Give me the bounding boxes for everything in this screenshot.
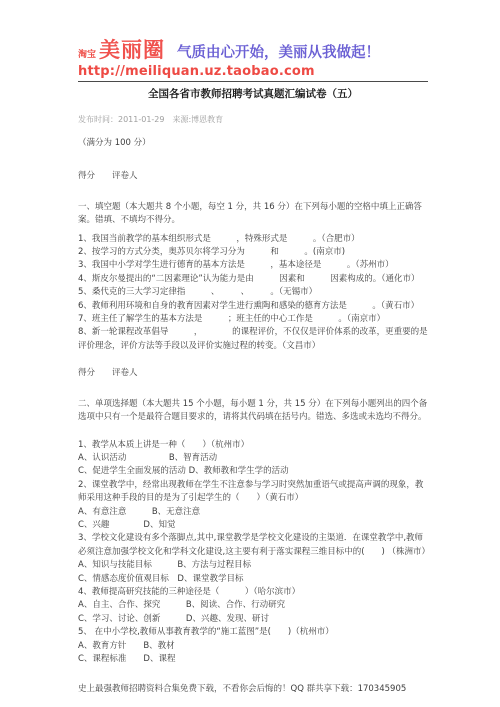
mc-question-4-stem: 4、教师提高研究技能的三种途径是（ ）（哈尔滨市） (78, 586, 428, 599)
mc-question-2-options-cd: C、兴趣 D、知觉 (78, 519, 428, 532)
fill-item-8: 8、新一轮课程改革倡导 ， 的课程评价，不仅仅是评价体系的改革，更重要的是评价理… (78, 326, 428, 353)
section1-items: 1、我国当前教学的基本组织形式是 ，特殊形式是 。（合肥市） 2、按学习的方式分… (78, 233, 428, 354)
taobao-label: 淘宝 (78, 47, 96, 60)
page-title: 全国各省市教师招聘考试真题汇编试卷（五） (78, 87, 428, 101)
exam-body: （满分为 100 分） 得分 评卷人 一、填空题（本大题共 8 个小题，每空 1… (78, 137, 428, 696)
section1-heading: 一、填空题（本大题共 8 个小题，每空 1 分，共 16 分）在下列每小题的空格… (78, 201, 428, 228)
mc-question-2-options-ab: A、有意注意 B、无意注意 (78, 506, 428, 519)
mc-question-3-stem: 3、学校文化建设有多个落脚点,其中,课堂教学是学校文化建设的主渠道．在课堂教学中… (78, 532, 428, 559)
site-url-link[interactable]: http://meiliquan.uz.taobao.com (78, 65, 428, 79)
score-row-1: 得分 评卷人 (78, 170, 428, 183)
mc-question-3-options-ab: A、知识与技能目标 B、方法与过程目标 (78, 559, 428, 572)
section2-heading: 二、单项选择题（本大题共 15 个小题，每小题 1 分，共 15 分）在下列每小… (78, 398, 428, 425)
mc-question-5-options-cd: C、课程标准 D、课程 (78, 653, 428, 666)
mc-question-1-options-ab: A、认识活动 B、智育活动 (78, 452, 428, 465)
mc-question-3-options-cd: C、情感态度价值观目标 D、课堂教学目标 (78, 573, 428, 586)
mc-question-2-stem: 2、课堂教学中，经常出现教师在学生不注意参与学习时突然加重语气或提高声调的现象，… (78, 479, 428, 506)
exam-paper-page: 淘宝 美丽圈 气质由心开始，美丽从我做起！ http://meiliquan.u… (0, 0, 500, 707)
mc-question-1-options-cd: C、促进学生全面发展的活动 D、教师教和学生学的活动 (78, 465, 428, 478)
fill-item-5: 5、桑代克的三大学习定律指 、 、 。（无锡市） (78, 286, 428, 299)
mc-question-5-options-ab: A、教育方针 B、教材 (78, 640, 428, 653)
fill-item-7: 7、班主任了解学生的基本方法是 ；班主任的中心工作是 。（南京市） (78, 313, 428, 326)
mc-question-5-stem: 5、 在中小学校,教师从事教育教学的“施工蓝图”是( )（杭州市） (78, 626, 428, 639)
header-divider (78, 81, 428, 82)
brand-row: 淘宝 美丽圈 气质由心开始，美丽从我做起！ (78, 34, 428, 64)
fill-item-1: 1、我国当前教学的基本组织形式是 ，特殊形式是 。（合肥市） (78, 233, 428, 246)
footer-promo: 史上最强教师招聘资料合集免费下载，不看你会后悔的！QQ 群共享下载：170345… (78, 683, 428, 696)
brand-logo: 美丽圈 (99, 34, 165, 64)
site-header: 淘宝 美丽圈 气质由心开始，美丽从我做起！ http://meiliquan.u… (78, 34, 428, 79)
section2-questions: 1、教学从本质上讲是一种（ ）（杭州市） A、认识活动 B、智育活动 C、促进学… (78, 439, 428, 667)
full-score-note: （满分为 100 分） (78, 137, 428, 150)
publish-meta: 发布时间：2011-01-29 来源:博恩教育 (78, 114, 428, 125)
mc-question-4-options-cd: C、学习、讨论、创新 D、兴趣、发现、研讨 (78, 613, 428, 626)
brand-slogan: 气质由心开始，美丽从我做起！ (177, 41, 380, 62)
mc-question-1-stem: 1、教学从本质上讲是一种（ ）（杭州市） (78, 439, 428, 452)
score-row-2: 得分 评卷人 (78, 367, 428, 380)
fill-item-4: 4、斯皮尔曼提出的“二因素理论”认为能力是由 因素和 因素构成的。（通化市） (78, 273, 428, 286)
fill-item-2: 2、按学习的方式分类，奥苏贝尔将学习分为 和 。(南京市) (78, 246, 428, 259)
fill-item-6: 6、教师利用环境和自身的教育因素对学生进行熏陶和感染的德育方法是 。（黄石市） (78, 300, 428, 313)
mc-question-4-options-ab: A、自主、合作、探究 B、阅读、合作、行动研究 (78, 599, 428, 612)
fill-item-3: 3、我国中小学对学生进行德育的基本方法是 ，基本途径是 。（苏州市） (78, 259, 428, 272)
